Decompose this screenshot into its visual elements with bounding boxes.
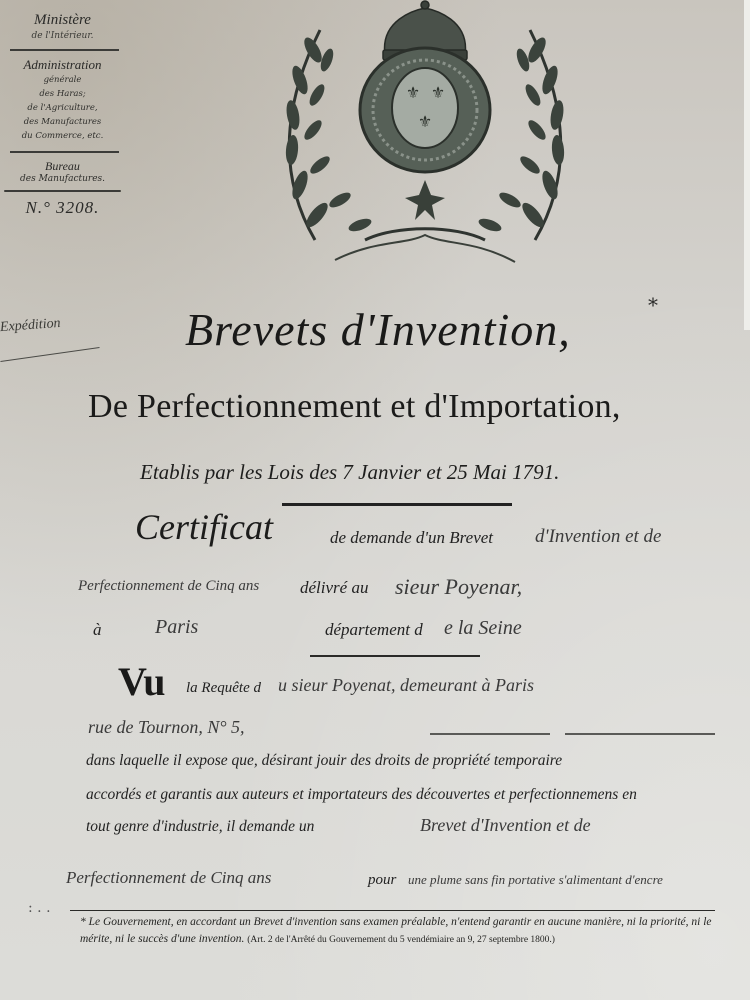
ministry-label: Ministère (0, 12, 125, 29)
certificate-number: N.° 3208. (0, 198, 125, 218)
bureau-label: Bureau (0, 159, 125, 174)
request-line1-hand: u sieur Poyenat, demeurant à Paris (278, 675, 534, 696)
expedition-note: Expédition (0, 316, 61, 336)
bureau-sub-label: des Manufactures. (0, 174, 125, 184)
ministry-sub-label: de l'Intérieur. (0, 31, 125, 41)
certificate-delivered-print: délivré au (300, 578, 368, 598)
department-hand: e la Seine (444, 617, 522, 640)
divider (310, 655, 480, 657)
blank-line (565, 733, 715, 735)
divider (282, 503, 512, 506)
coat-of-arms-icon: ⚜ ⚜ ⚜ (275, 0, 575, 270)
certificate-line1-hand: d'Invention et de (535, 526, 661, 548)
blank-line (430, 733, 550, 735)
request-line1-print: la Requête d (186, 680, 261, 697)
invention-description-hand: une plume sans fin portative s'alimentan… (408, 872, 663, 888)
certificate-duration-hand: Perfectionnement de Cinq ans (78, 578, 259, 595)
request-pour-print: pour (368, 872, 396, 889)
request-body-line: accordés et garantis aux auteurs et impo… (86, 786, 637, 804)
divider (4, 190, 121, 192)
admin-line: générale (0, 73, 125, 87)
document-title: Brevets d'Invention, (185, 303, 571, 356)
vu-heading: Vu (118, 658, 165, 705)
ministry-header: Ministère de l'Intérieur. Administration… (0, 0, 125, 218)
divider (70, 910, 715, 911)
svg-text:⚜: ⚜ (431, 83, 445, 102)
footnote: * Le Gouvernement, en accordant un Breve… (80, 914, 720, 949)
city-hand: Paris (155, 616, 198, 639)
admin-line: du Commerce, etc. (0, 129, 125, 143)
applicant-name-hand: sieur Poyenar, (395, 574, 522, 600)
footnote-marker: * (648, 293, 658, 317)
certificate-heading: Certificat (135, 506, 273, 548)
certificate-line1-print: de demande d'un Brevet (330, 528, 493, 548)
address-hand: rue de Tournon, N° 5, (88, 717, 245, 738)
expedition-underline (0, 347, 99, 362)
request-brevet-hand: Brevet d'Invention et de (420, 815, 591, 836)
request-duration-hand: Perfectionnement de Cinq ans (66, 868, 271, 888)
department-label: département d (325, 620, 423, 640)
admin-line: des Haras; (0, 87, 125, 101)
request-body-line: tout genre d'industrie, il demande un (86, 818, 314, 836)
admin-line: de l'Agriculture, (0, 101, 125, 115)
svg-text:⚜: ⚜ (406, 83, 420, 102)
margin-dots: : . . (28, 900, 51, 916)
page-edge (744, 0, 750, 330)
certificate-a-label: à (93, 620, 102, 640)
administration-label: Administration (0, 57, 125, 73)
divider (10, 49, 119, 51)
laws-reference: Etablis par les Lois des 7 Janvier et 25… (140, 460, 559, 485)
request-body-line: dans laquelle il expose que, désirant jo… (86, 752, 562, 770)
footnote-reference: (Art. 2 de l'Arrêté du Gouvernement du 5… (247, 935, 555, 945)
admin-line: des Manufactures (0, 115, 125, 129)
divider (10, 151, 119, 153)
document-subtitle: De Perfectionnement et d'Importation, (88, 388, 621, 426)
svg-text:⚜: ⚜ (418, 112, 432, 131)
